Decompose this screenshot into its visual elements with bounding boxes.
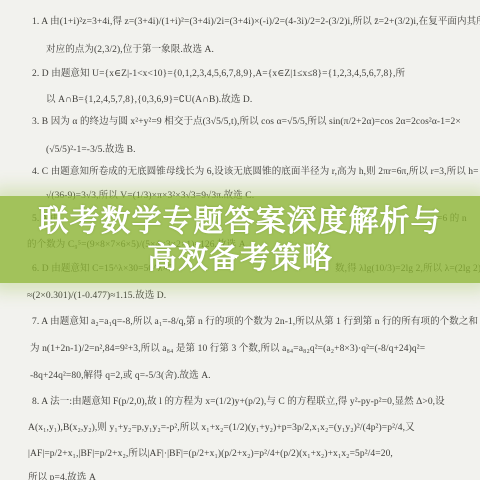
solution-line-1a: 1. A 由(1+i)²z=3+4i,得 z=(3+4i)/(1+i)²=(3+…	[32, 16, 480, 29]
solution-line-8c: |AF|=p/2+x₁,|BF|=p/2+x₂,所以|AF|·|BF|=(p/2…	[28, 448, 393, 461]
solution-line-7c: -8q+24q²=80,解得 q=2,或 q=-5/3(舍).故选 A.	[30, 370, 211, 383]
solution-line-3b: (√5/5)²-1=-3/5.故选 B.	[46, 144, 136, 157]
solution-line-8b: A(x₁,y₁),B(x₂,y₂),则 y₁+y₂=p,y₁y₂=-p²,所以 …	[28, 422, 415, 435]
answer-sheet-page: 1. A 由(1+i)²z=3+4i,得 z=(3+4i)/(1+i)²=(3+…	[0, 0, 480, 480]
solution-line-3a: 3. B 因为 α 的终边与圆 x²+y²=9 相交于点(3√5/5,t),所以…	[32, 116, 461, 129]
solution-line-1b: 对应的点为(2,3/2),位于第一象限.故选 A.	[46, 44, 214, 57]
solution-line-8a: 8. A 法一:由题意知 F(p/2,0),故 l 的方程为 x=(1/2)y+…	[32, 396, 445, 409]
solution-line-6b: ≈(2×0.301)/(1-0.477)≈1.15.故选 D.	[27, 290, 166, 303]
solution-line-4a: 4. C 由题意知所卷成的无底圆锥母线长为 6,设该无底圆锥的底面半径为 r,高…	[32, 166, 479, 179]
banner-title-line2: 高效备考策略	[147, 240, 333, 277]
solution-line-7b: 为 n(1+2n-1)/2=n²,84=9²+3,所以 a₈₄ 是第 10 行第…	[30, 343, 425, 356]
solution-line-7a: 7. A 由题意知 a₂=a₁q=-8,所以 a₁=-8/q,第 n 行的项的个…	[32, 316, 478, 329]
solution-line-8d: 所以 p=4.故选 A	[28, 472, 96, 480]
solution-line-2a: 2. D 由题意知 U={x∈Z|-1<x<10}={0,1,2,3,4,5,6…	[32, 68, 405, 81]
watermark-banner: 联考数学专题答案深度解析与 高效备考策略	[0, 196, 480, 283]
banner-title-line1: 联考数学专题答案深度解析与	[39, 203, 442, 240]
solution-line-2b: 以 A∩B={1,2,4,5,7,8},{0,3,6,9}=∁U(A∩B).故选…	[46, 94, 252, 107]
